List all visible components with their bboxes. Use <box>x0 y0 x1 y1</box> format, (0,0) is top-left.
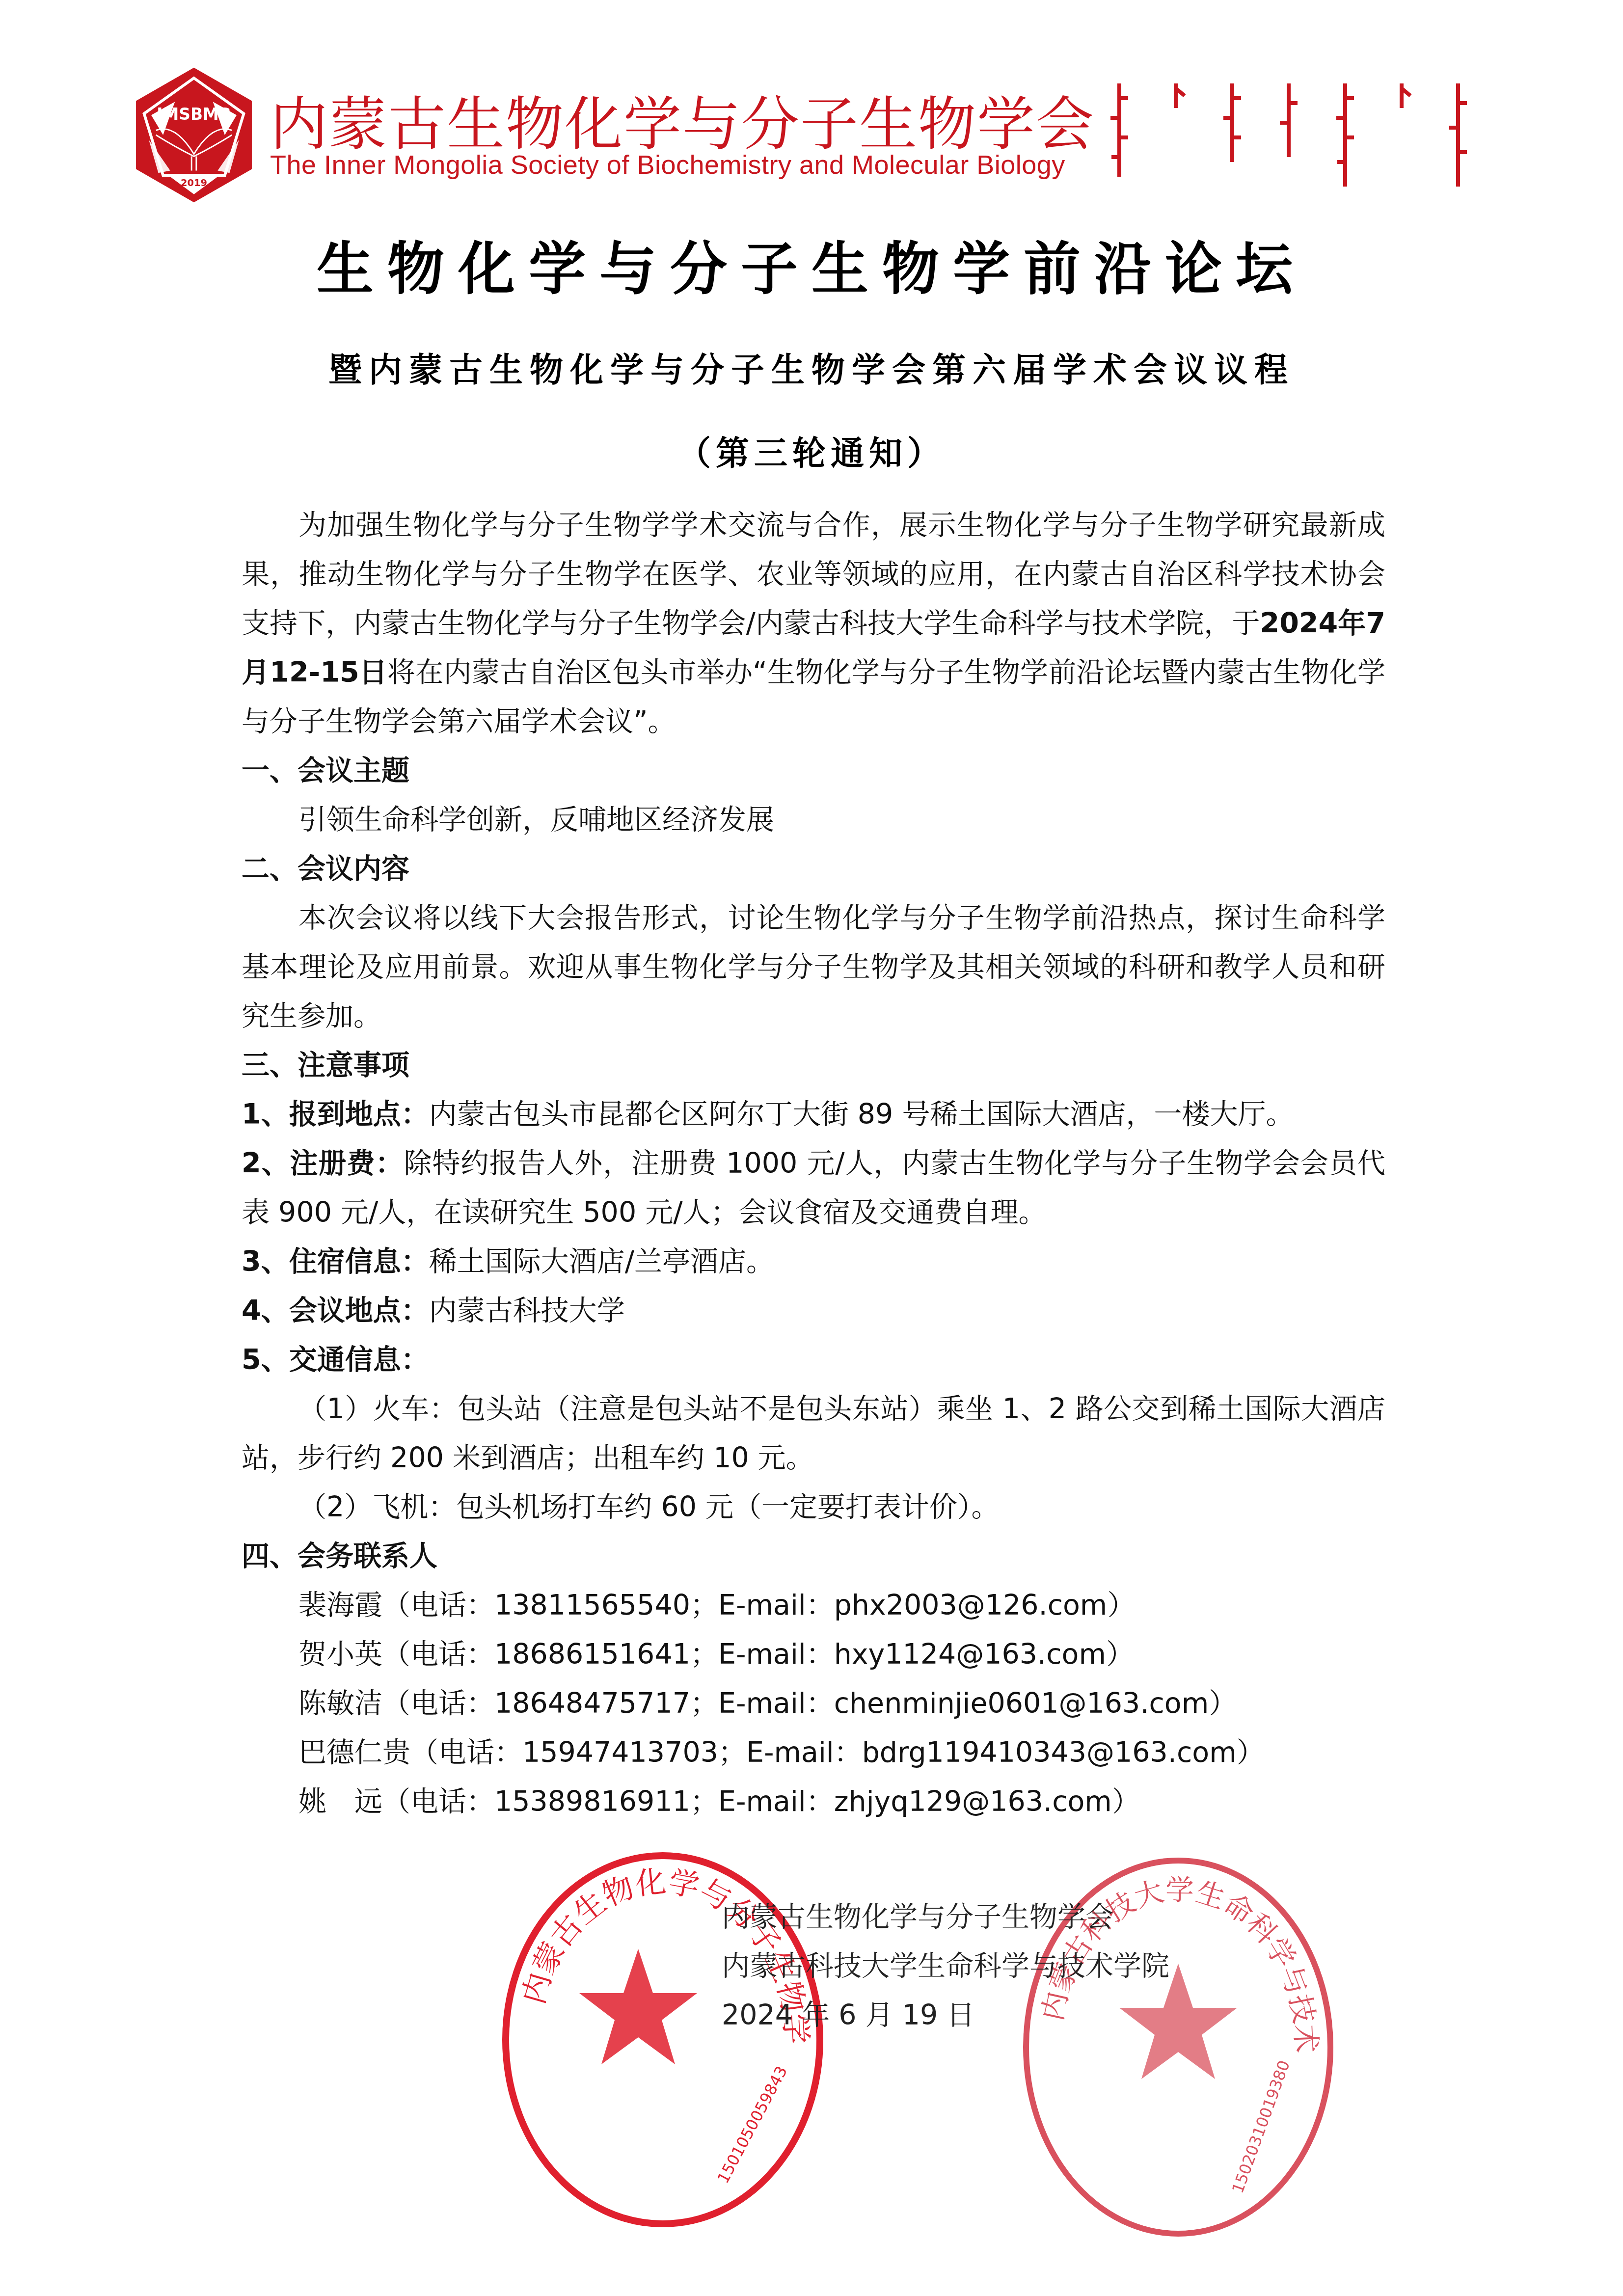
svg-text:2019: 2019 <box>181 177 207 189</box>
mongolian-script-icon <box>1443 79 1473 191</box>
contact-phone[interactable]: 18686151641 <box>494 1638 690 1671</box>
signing-date: 2024 年 6 月 19 日 <box>722 1991 1169 2040</box>
mongolian-script-icon <box>1274 79 1303 191</box>
svg-text:1502031001938​0: 1502031001938​0 <box>1228 2058 1294 2196</box>
theme-text: 引领生命科学创新，反哺地区经济发展 <box>242 795 1385 844</box>
note-label: 4、会议地点： <box>242 1295 429 1327</box>
contact-email[interactable]: zhjyq129@163.com <box>834 1785 1112 1818</box>
contact-email[interactable]: bdrg119410343@163.com <box>862 1736 1237 1769</box>
note-item: 4、会议地点：内蒙古科技大学 <box>242 1286 1385 1335</box>
mongolian-script-icon <box>1217 79 1247 191</box>
transport-train: （1）火车：包头站（注意是包头站不是包头东站）乘坐 1、2 路公交到稀土国际大酒… <box>242 1384 1385 1483</box>
society-logo: IMSBMB 2019 <box>123 64 265 206</box>
section-heading-notes: 三、注意事项 <box>242 1041 1385 1090</box>
document-title: 生物化学与分子生物学前沿论坛 <box>0 223 1623 305</box>
contact-phone[interactable]: 18648475717 <box>494 1687 690 1720</box>
note-text: 稀土国际大酒店/兰亭酒店。 <box>429 1245 774 1278</box>
contact-phone[interactable]: 13811565540 <box>494 1589 690 1621</box>
contact-row: 贺小英（电话：18686151641；E-mail：hxy1124@163.co… <box>242 1630 1385 1679</box>
contact-row: 陈敏洁（电话：18648475717；E-mail：chenminjie0601… <box>242 1679 1385 1728</box>
signing-org-1: 内蒙古生物化学与分子生物学会 <box>722 1892 1169 1942</box>
email-label: E-mail： <box>718 1785 834 1818</box>
document-subtitle: 暨内蒙古生物化学与分子生物学会第六届学术会议议程 <box>0 344 1623 391</box>
org-name-english: The Inner Mongolia Society of Biochemist… <box>270 150 1065 180</box>
phone-label: 电话： <box>410 1589 494 1621</box>
contact-name: 贺小英 <box>298 1638 382 1671</box>
signing-org-2: 内蒙古科技大学生命科学与技术学院 <box>722 1942 1169 1991</box>
contact-name: 裴海霞 <box>298 1589 382 1621</box>
section-heading-content: 二、会议内容 <box>242 844 1385 893</box>
note-item: 2、注册费：除特约报告人外，注册费 1000 元/人，内蒙古生物化学与分子生物学… <box>242 1139 1385 1237</box>
mongolian-script-icon <box>1330 79 1360 191</box>
note-item: 1、报到地点：内蒙古包头市昆都仑区阿尔丁大街 89 号稀土国际大酒店，一楼大厅。 <box>242 1090 1385 1139</box>
contact-email[interactable]: phx2003@126.com <box>834 1589 1108 1621</box>
section-heading-theme: 一、会议主题 <box>242 746 1385 795</box>
mongolian-script-icon <box>1161 79 1190 191</box>
contact-name: 巴德仁贵 <box>298 1736 410 1769</box>
org-name-chinese: 内蒙古生物化学与分子生物学会 <box>270 78 1095 161</box>
note-item: 3、住宿信息：稀土国际大酒店/兰亭酒店。 <box>242 1237 1385 1286</box>
signature-block: 内蒙古生物化学与分子生物学会 内蒙古科技大学生命科学与技术学院 2024 年 6… <box>722 1892 1169 2040</box>
section-heading-contacts: 四、会务联系人 <box>242 1532 1385 1581</box>
notice-round: （第三轮通知） <box>0 427 1623 475</box>
mongolian-script-icon <box>1105 79 1134 191</box>
email-label: E-mail： <box>718 1687 834 1720</box>
phone-label: 电话： <box>410 1687 494 1720</box>
note-item: 5、交通信息： <box>242 1335 1385 1384</box>
email-label: E-mail： <box>746 1736 862 1769</box>
note-label: 1、报到地点： <box>242 1098 429 1131</box>
note-label: 5、交通信息： <box>242 1344 429 1376</box>
contact-row: 裴海霞（电话：13811565540；E-mail：phx2003@126.co… <box>242 1581 1385 1630</box>
note-text: 内蒙古科技大学 <box>429 1295 625 1327</box>
intro-paragraph: 为加强生物化学与分子生物学学术交流与合作，展示生物化学与分子生物学研究最新成果，… <box>242 501 1385 746</box>
transport-plane: （2）飞机：包头机场打车约 60 元（一定要打表计价）。 <box>242 1483 1385 1532</box>
contact-name: 姚 远 <box>298 1785 382 1818</box>
email-label: E-mail： <box>718 1638 834 1671</box>
contact-email[interactable]: hxy1124@163.com <box>834 1638 1106 1671</box>
contact-phone[interactable]: 15947413703 <box>522 1736 718 1769</box>
document-body: 为加强生物化学与分子生物学学术交流与合作，展示生物化学与分子生物学研究最新成果，… <box>242 501 1385 1826</box>
letterhead: IMSBMB 2019 内蒙古生物化学与分子生物学会 The Inner Mon… <box>123 59 1546 206</box>
phone-label: 电话： <box>410 1638 494 1671</box>
svg-text:IMSBMB: IMSBMB <box>157 105 231 124</box>
phone-label: 电话： <box>438 1736 522 1769</box>
note-label: 2、注册费： <box>242 1147 404 1180</box>
note-text: 除特约报告人外，注册费 1000 元/人，内蒙古生物化学与分子生物学会会员代表 … <box>242 1147 1385 1229</box>
note-text: 内蒙古包头市昆都仑区阿尔丁大街 89 号稀土国际大酒店，一楼大厅。 <box>429 1098 1294 1131</box>
contact-row: 巴德仁贵（电话：15947413703；E-mail：bdrg119410343… <box>242 1728 1385 1777</box>
intro-text: 为加强生物化学与分子生物学学术交流与合作，展示生物化学与分子生物学研究最新成果，… <box>242 509 1385 640</box>
email-label: E-mail： <box>718 1589 834 1621</box>
intro-text-cont: 将在内蒙古自治区包头市举办“生物化学与分子生物学前沿论坛暨内蒙古生物化学与分子生… <box>242 656 1385 738</box>
mongolian-script-icon <box>1387 79 1416 191</box>
content-text: 本次会议将以线下大会报告形式，讨论生物化学与分子生物学前沿热点，探讨生命科学基本… <box>242 893 1385 1041</box>
phone-label: 电话： <box>410 1785 494 1818</box>
note-label: 3、住宿信息： <box>242 1245 429 1278</box>
contact-row: 姚 远（电话：15389816911；E-mail：zhjyq129@163.c… <box>242 1777 1385 1826</box>
contact-phone[interactable]: 15389816911 <box>494 1785 690 1818</box>
contact-email[interactable]: chenminjie0601@163.com <box>834 1687 1209 1720</box>
contact-name: 陈敏洁 <box>298 1687 382 1720</box>
